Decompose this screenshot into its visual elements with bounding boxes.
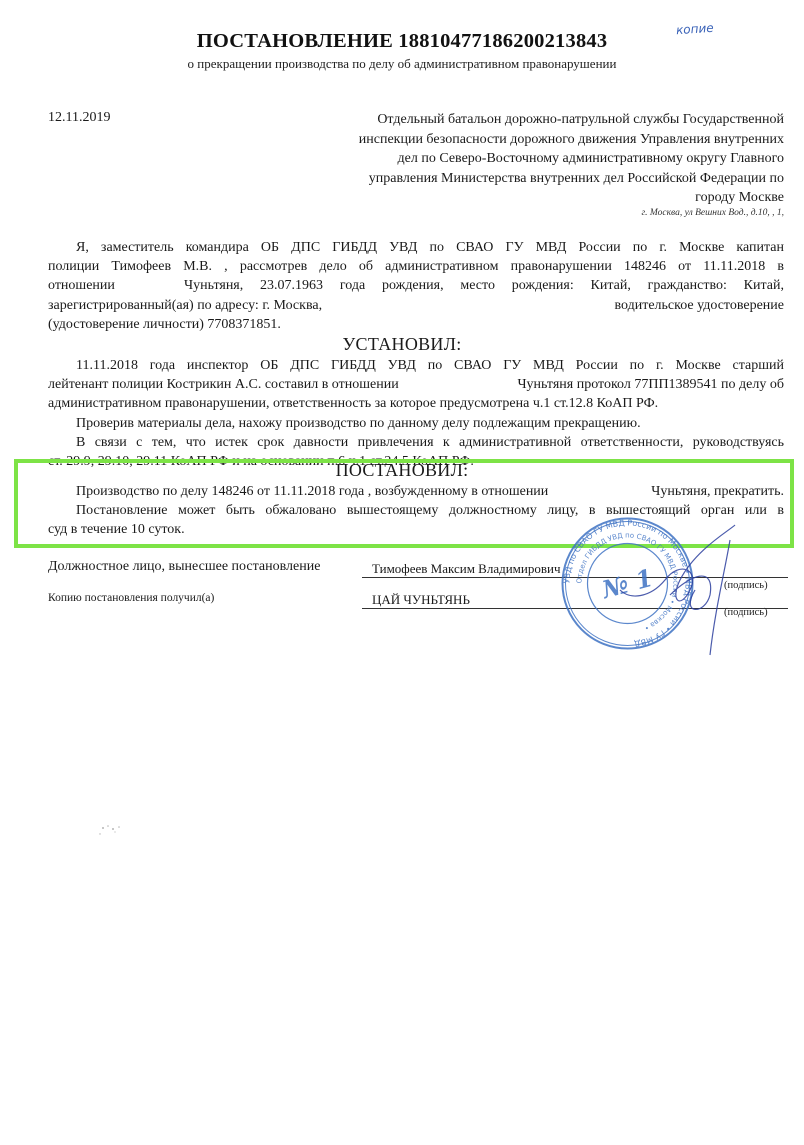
established-line: Проверив материалы дела, нахожу производ…	[48, 414, 784, 433]
established-line: административном правонарушении, ответст…	[48, 394, 784, 413]
signature-label-official: Должностное лицо, вынесшее постановление	[48, 559, 320, 575]
intro-fragment: Чуньтяня, 23.07.1963 года рождения, мест…	[184, 276, 784, 295]
signature-label-recipient: Копию постановления получил(а)	[48, 592, 214, 604]
org-line: городу Москве	[300, 188, 784, 208]
organization-address: г. Москва, ул Вешних Вод., д.10, , 1,	[380, 208, 784, 218]
established-section: 11.11.2018 года инспектор ОБ ДПС ГИБДД У…	[48, 356, 784, 471]
established-line: лейтенант полиции Кострикин А.С. состави…	[48, 375, 784, 394]
intro-line: Я, заместитель командира ОБ ДПС ГИБДД УВ…	[48, 238, 784, 257]
resolved-fragment: Чуньтяня, прекратить.	[651, 482, 784, 501]
issuing-organization: Отдельный батальон дорожно-патрульной сл…	[300, 110, 784, 208]
org-line: дел по Северо-Восточному административно…	[300, 149, 784, 169]
resolved-fragment: Производство по делу 148246 от 11.11.201…	[76, 482, 548, 501]
intro-line: полиции Тимофеев М.В. , рассмотрев дело …	[48, 257, 784, 276]
document-date: 12.11.2019	[48, 110, 110, 126]
document-subtitle: о прекращении производства по делу об ад…	[0, 56, 804, 72]
intro-fragment: водительское удостоверение	[614, 296, 784, 315]
official-name: Тимофеев Максим Владимирович	[372, 561, 561, 577]
intro-fragment: отношении	[48, 276, 115, 295]
heading-established: УСТАНОВИЛ:	[0, 334, 804, 355]
resolved-line: Производство по делу 148246 от 11.11.201…	[48, 482, 784, 501]
heading-resolved: ПОСТАНОВИЛ:	[0, 460, 804, 481]
established-fragment: лейтенант полиции Кострикин А.С. состави…	[48, 375, 399, 394]
org-line: инспекции безопасности дорожного движени…	[300, 130, 784, 150]
org-line: управления Министерства внутренних дел Р…	[300, 169, 784, 189]
intro-line: зарегистрированный(ая) по адресу: г. Мос…	[48, 296, 784, 315]
intro-fragment: зарегистрированный(ая) по адресу: г. Мос…	[48, 296, 322, 315]
intro-paragraph: Я, заместитель командира ОБ ДПС ГИБДД УВ…	[48, 238, 784, 334]
signature-scribble-icon	[610, 520, 760, 660]
established-fragment: Чуньтяня протокол 77ПП1389541 по делу об	[517, 375, 784, 394]
handwritten-note: копие	[676, 21, 715, 38]
established-line: 11.11.2018 года инспектор ОБ ДПС ГИБДД У…	[48, 356, 784, 375]
established-line: В связи с тем, что истек срок давности п…	[48, 433, 784, 452]
org-line: Отдельный батальон дорожно-патрульной сл…	[300, 110, 784, 130]
intro-line: отношении Чуньтяня, 23.07.1963 года рожд…	[48, 276, 784, 295]
recipient-name: ЦАЙ ЧУНЬТЯНЬ	[372, 592, 470, 608]
intro-line: (удостоверение личности) 7708371851.	[48, 315, 784, 334]
scan-artifact-icon	[95, 820, 135, 840]
